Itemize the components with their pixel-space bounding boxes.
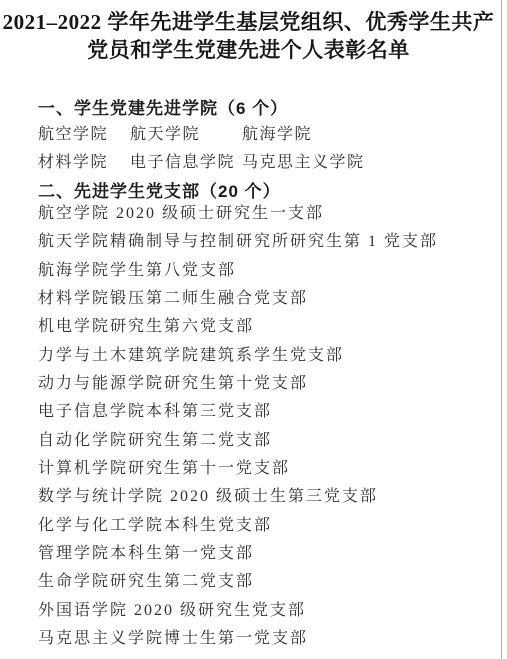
document-page: 2021–2022 学年先进学生基层党组织、优秀学生共产 党员和学生党建先进个人… [0, 0, 507, 659]
section-heading-advanced-colleges: 一、学生党建先进学院（6 个） [38, 98, 288, 120]
party-branch-item: 航海学院学生第八党支部 [38, 257, 438, 285]
college-name: 电子信息学院 [130, 149, 242, 177]
party-branch-item: 马克思主义学院博士生第一党支部 [38, 625, 438, 653]
document-title-line1: 2021–2022 学年先进学生基层党组织、优秀学生共产 [3, 10, 495, 34]
party-branch-item: 航天学院精确制导与控制研究所研究生第 1 党支部 [38, 228, 438, 256]
party-branch-item: 航空学院 2020 级硕士研究生一支部 [38, 200, 438, 228]
document-title: 2021–2022 学年先进学生基层党组织、优秀学生共产 党员和学生党建先进个人… [0, 8, 497, 64]
college-name: 马克思主义学院 [242, 149, 365, 177]
party-branch-item: 机电学院研究生第六党支部 [38, 313, 438, 341]
college-list: 航空学院 航天学院 航海学院 材料学院 电子信息学院 马克思主义学院 [38, 121, 365, 177]
college-name: 航天学院 [130, 121, 242, 149]
party-branch-item: 材料学院锻压第二师生融合党支部 [38, 285, 438, 313]
party-branch-item: 力学与土木建筑学院建筑系学生党支部 [38, 342, 438, 370]
party-branch-item: 化学与化工学院本科生党支部 [38, 512, 438, 540]
party-branch-list: 航空学院 2020 级硕士研究生一支部 航天学院精确制导与控制研究所研究生第 1… [38, 200, 438, 654]
college-name: 航空学院 [38, 121, 130, 149]
party-branch-item: 管理学院本科生第一党支部 [38, 540, 438, 568]
party-branch-item: 数学与统计学院 2020 级硕士生第三党支部 [38, 483, 438, 511]
party-branch-item: 外国语学院 2020 级研究生党支部 [38, 597, 438, 625]
page-edge-line [501, 0, 502, 659]
party-branch-item: 生命学院研究生第二党支部 [38, 568, 438, 596]
party-branch-item: 计算机学院研究生第十一党支部 [38, 455, 438, 483]
party-branch-item: 电子信息学院本科第三党支部 [38, 398, 438, 426]
college-name: 材料学院 [38, 149, 130, 177]
party-branch-item: 动力与能源学院研究生第十党支部 [38, 370, 438, 398]
document-title-line2: 党员和学生党建先进个人表彰名单 [87, 38, 410, 62]
party-branch-item: 自动化学院研究生第二党支部 [38, 427, 438, 455]
college-name: 航海学院 [242, 121, 365, 149]
